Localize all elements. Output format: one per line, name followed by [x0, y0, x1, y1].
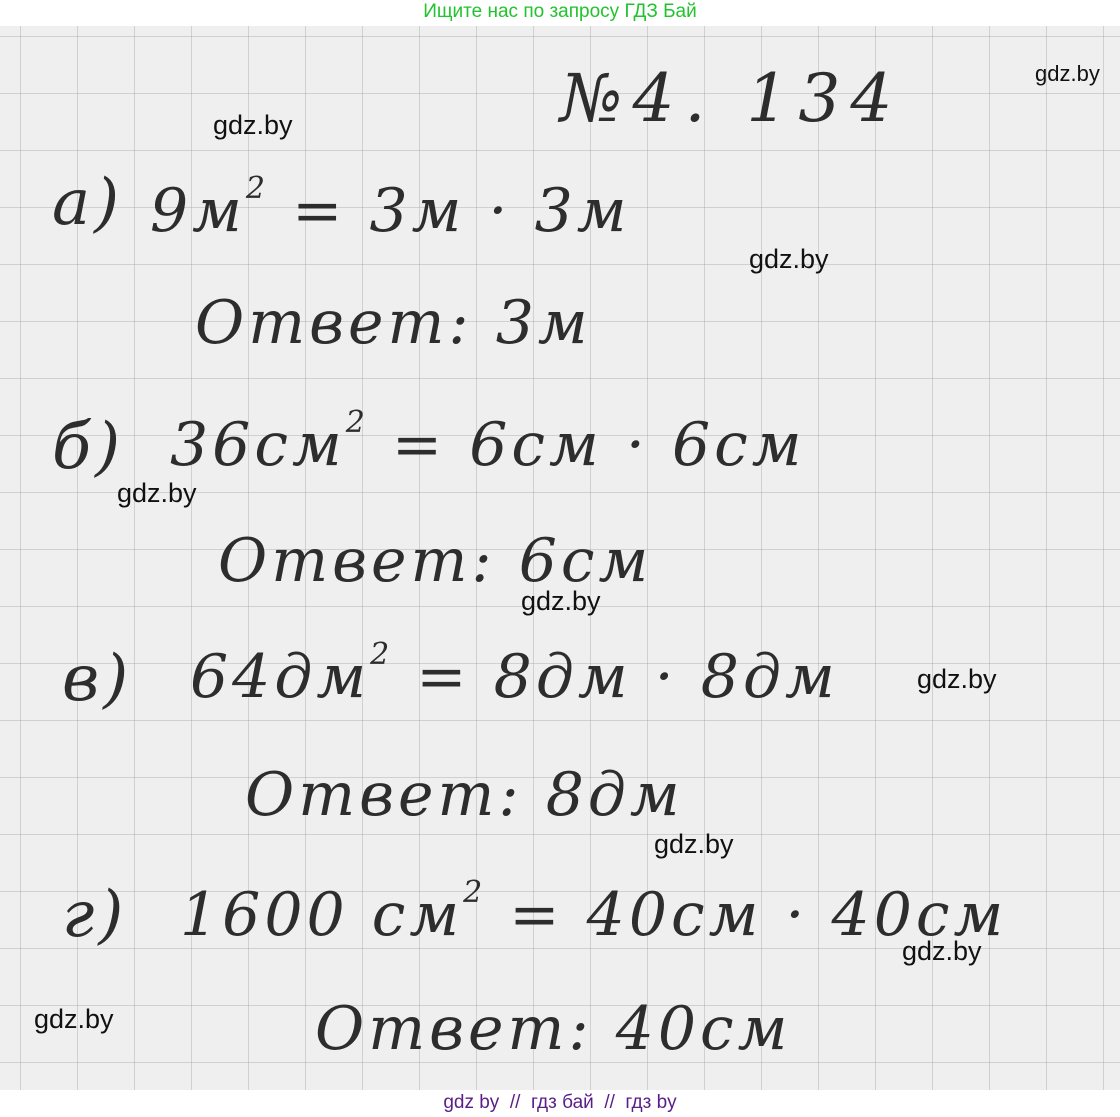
exercise-number: №4. 134: [560, 60, 902, 137]
part-c-exponent: 2: [370, 637, 393, 672]
watermark: gdz.by: [749, 244, 829, 275]
watermark: gdz.by: [654, 829, 734, 860]
part-d-answer: Ответ: 40см: [315, 994, 791, 1064]
part-d-equation: 1600 см2 = 40см · 40см: [180, 880, 1007, 950]
watermark: gdz.by: [117, 478, 197, 509]
show-through-text: [28, 66, 51, 137]
part-c-label: в): [62, 642, 132, 716]
watermark: gdz.by: [34, 1004, 114, 1035]
top-banner[interactable]: Ищите нас по запросу ГДЗ Бай: [0, 0, 1120, 26]
part-b-label: б): [52, 410, 124, 484]
part-a-right: = 3м · 3м: [292, 176, 630, 246]
part-d-exponent: 2: [463, 875, 486, 910]
watermark: gdz.by: [213, 110, 293, 141]
part-b-equation: 36см2 = 6см · 6см: [170, 410, 805, 480]
part-b-left: 36см: [170, 410, 346, 480]
part-d-label: г): [62, 878, 127, 952]
part-c-answer: Ответ: 8дм: [245, 760, 684, 830]
part-a-exponent: 2: [246, 171, 269, 206]
watermark: gdz.by: [1035, 61, 1100, 87]
watermark: gdz.by: [902, 936, 982, 967]
watermark: gdz.by: [521, 586, 601, 617]
part-a-answer: Ответ: 3м: [195, 288, 592, 358]
part-a-label: а): [52, 166, 123, 240]
part-b-exponent: 2: [346, 405, 369, 440]
part-d-left: 1600 см: [180, 880, 463, 950]
bottom-banner[interactable]: gdz by // гдз бай // гдз by: [0, 1090, 1120, 1117]
part-c-right: = 8дм · 8дм: [416, 642, 838, 712]
part-c-equation: 64дм2 = 8дм · 8дм: [190, 642, 839, 712]
part-a-left: 9м: [150, 176, 246, 246]
watermark: gdz.by: [917, 664, 997, 695]
notebook-page: №4. 134 а) 9м2 = 3м · 3м Ответ: 3м б) 36…: [0, 26, 1120, 1090]
part-a-equation: 9м2 = 3м · 3м: [150, 176, 631, 246]
part-c-left: 64дм: [190, 642, 370, 712]
part-b-right: = 6см · 6см: [392, 410, 806, 480]
